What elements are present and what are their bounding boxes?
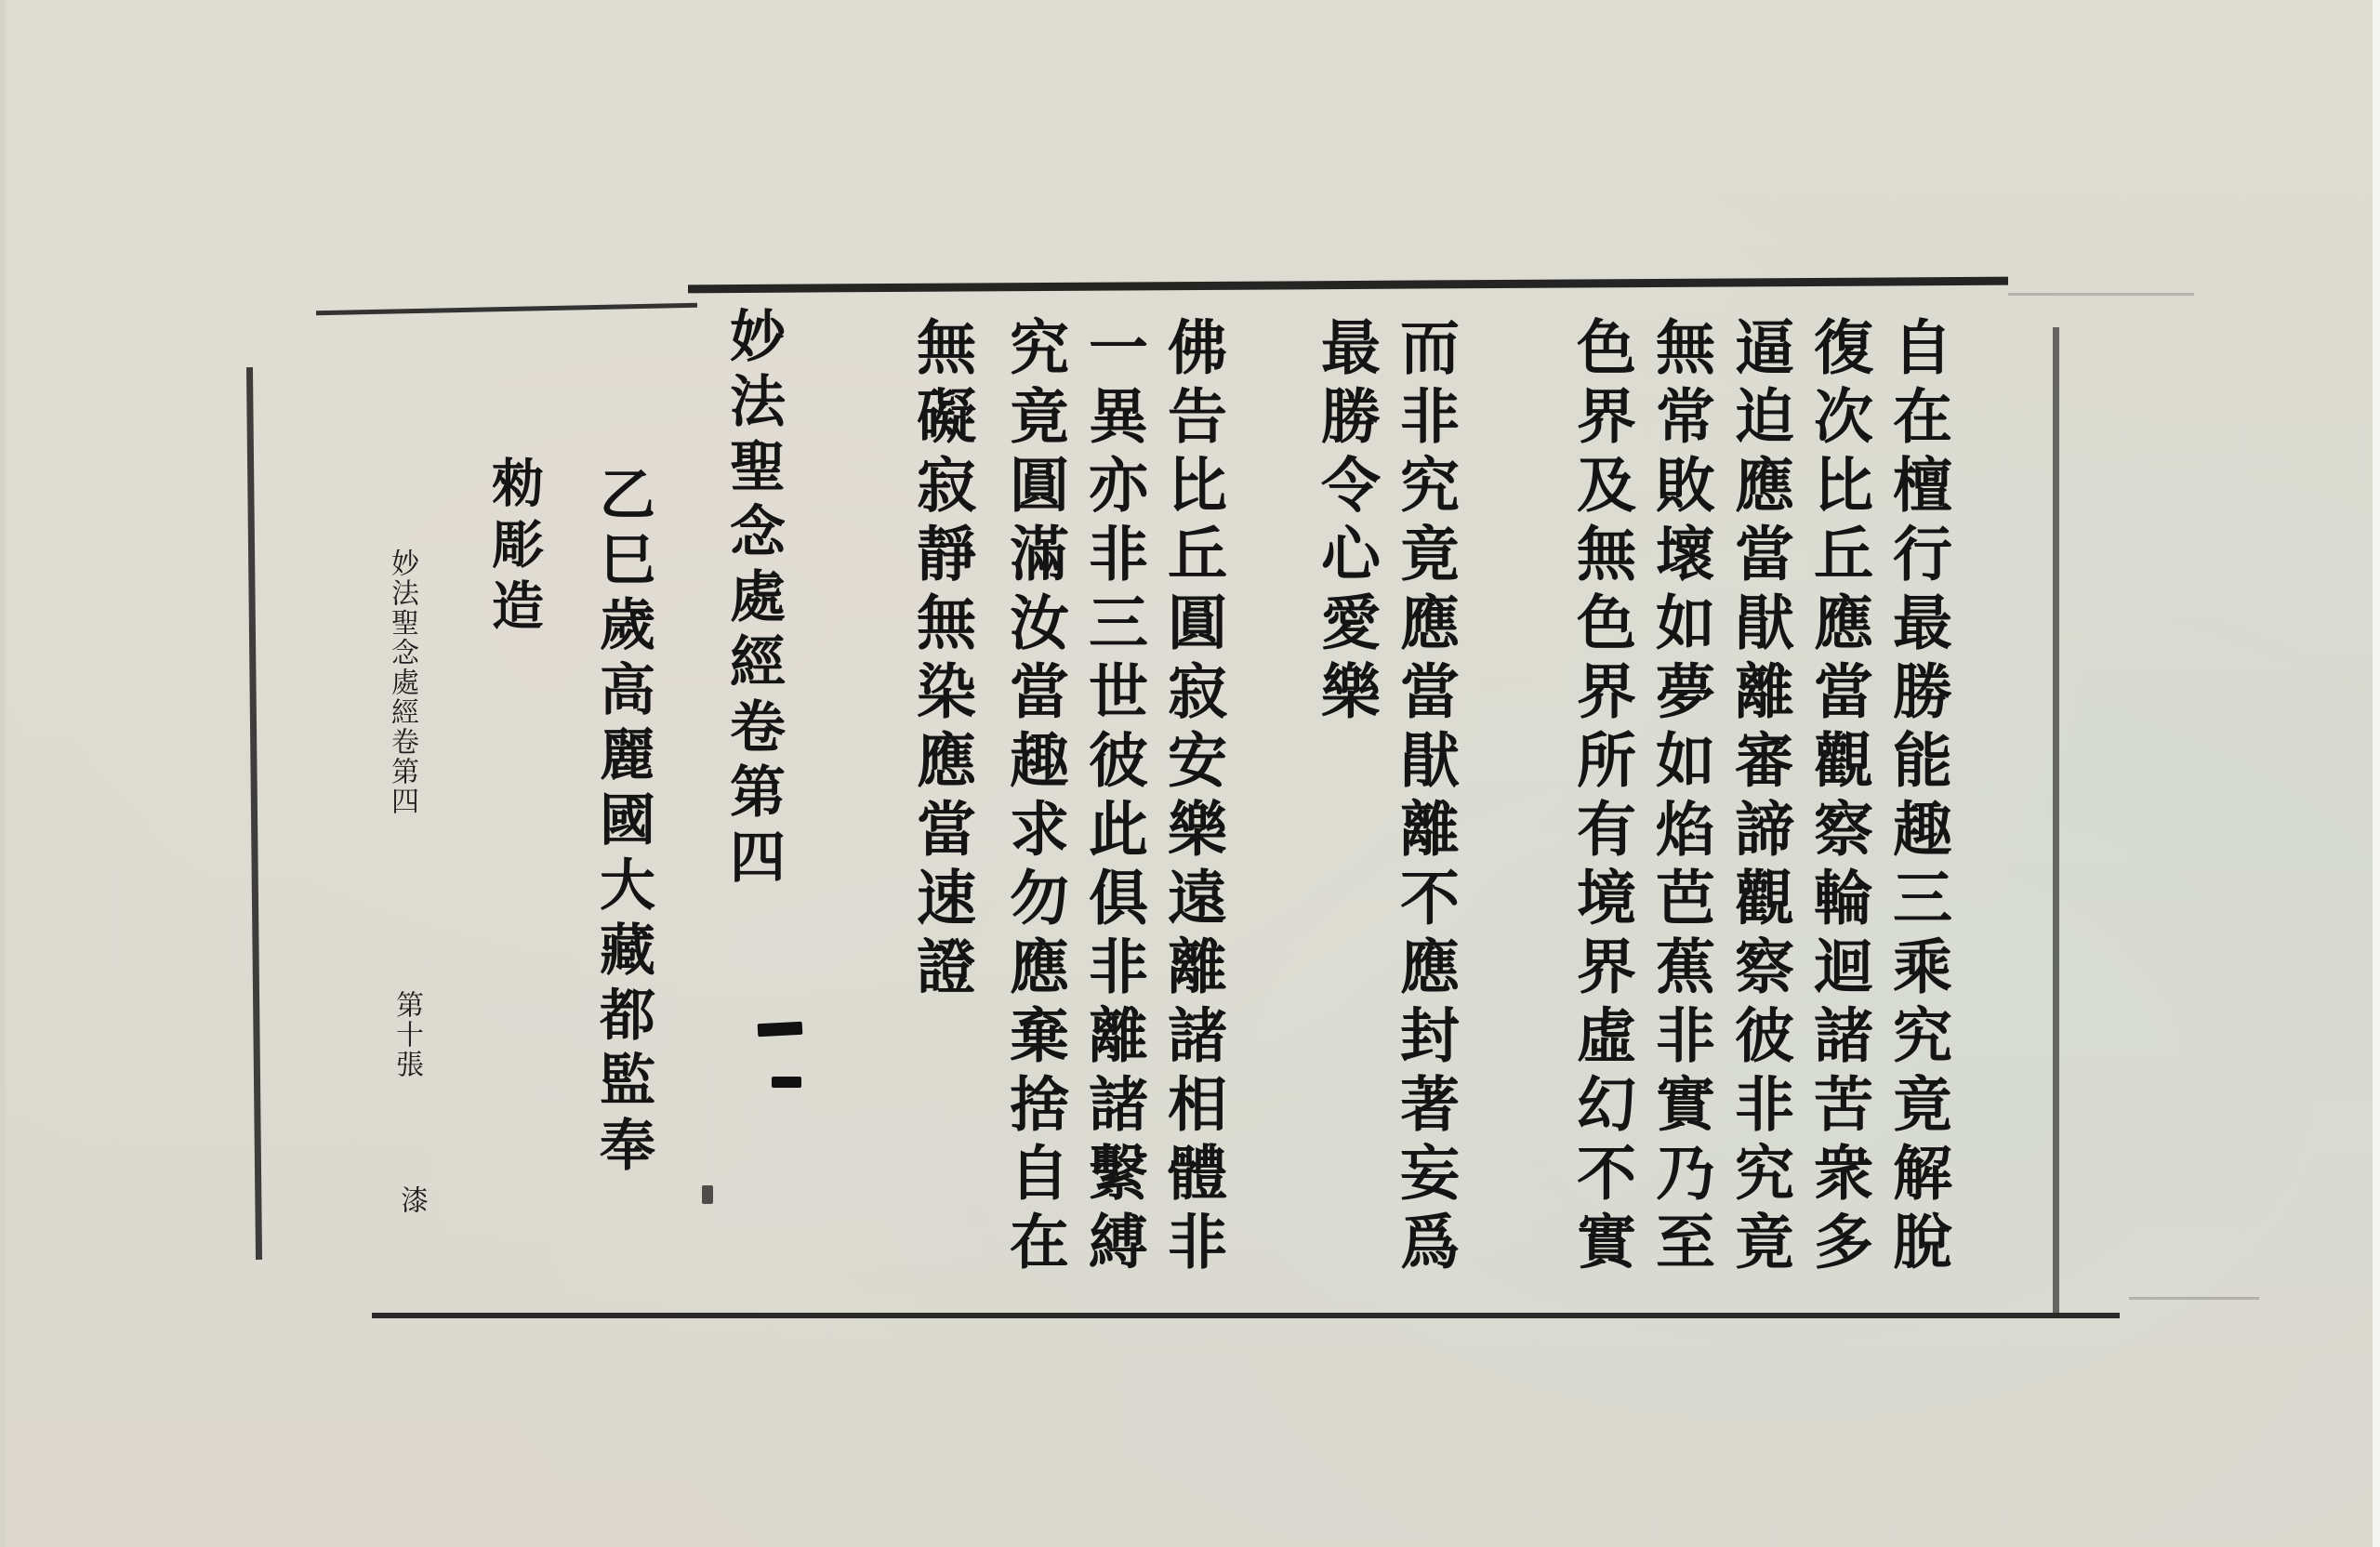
text-column-11: 無礙寂靜無染應當速證 — [911, 316, 971, 1004]
page-number: 第十張 — [386, 990, 427, 1079]
text-column-6: 而非究竟應當猒離不應封著妄爲 — [1395, 316, 1454, 1279]
scan-right-edge — [2373, 0, 2380, 1547]
text-column-4: 無常敗壞如夢如焰芭蕉非實乃至 — [1650, 316, 1710, 1279]
text-column-2: 復次比丘應當觀察輪迴諸苦衆多 — [1808, 316, 1868, 1279]
colophon-line-2: 勑彫造 — [488, 456, 540, 640]
frame-top-faint-rule — [2008, 293, 2194, 296]
text-column-7: 最勝令心愛樂 — [1316, 316, 1375, 729]
margin-title: 妙法聖念處經卷第四 — [381, 549, 422, 816]
frame-bottom-rule — [372, 1313, 2120, 1318]
text-column-9: 一異亦非三世彼此俱非離諸繫縛 — [1083, 316, 1143, 1279]
sutra-title-column: 妙法聖念處經卷第四 — [725, 307, 781, 892]
text-column-8: 佛告比丘圓寂安樂遠離諸相體非 — [1162, 316, 1222, 1279]
text-column-5: 色界及無色界所有境界虛幻不實 — [1571, 316, 1631, 1279]
carver-mark: 漆 — [390, 1185, 431, 1215]
colophon-line-1: 乙巳歲高麗國大藏都監奉 — [595, 465, 651, 1181]
ink-smudge — [758, 1022, 803, 1037]
ink-speck — [702, 1185, 713, 1204]
text-column-1: 自在檀行最勝能趣三乘究竟解脫 — [1887, 316, 1947, 1279]
frame-right-rule — [2053, 327, 2059, 1313]
paper-left-edge — [0, 0, 6, 1547]
ink-smudge — [772, 1077, 801, 1088]
frame-right-faint-rule — [2129, 1297, 2259, 1300]
text-column-10: 究竟圓滿汝當趣求勿應棄捨自在 — [1004, 316, 1064, 1279]
text-column-3: 逼迫應當猒離審諦觀察彼非究竟 — [1729, 316, 1789, 1279]
